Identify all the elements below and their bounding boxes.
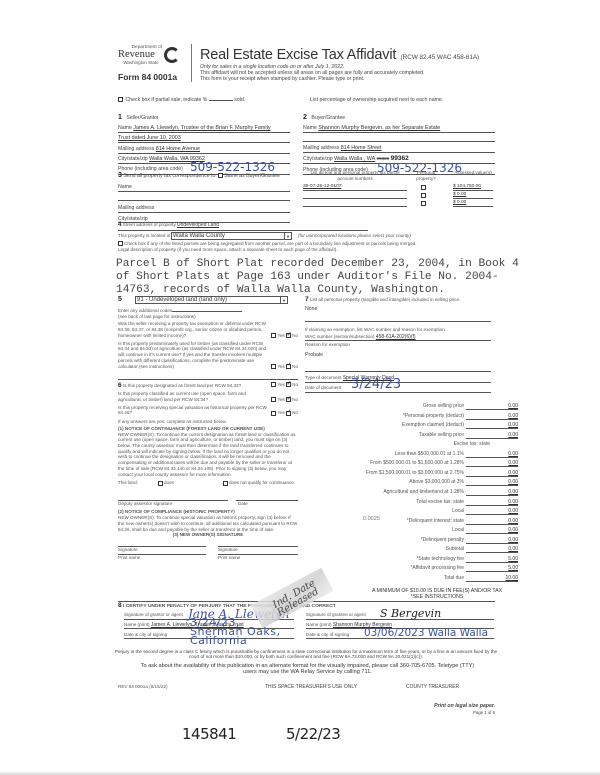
tax-row-value[interactable]: 0.00 [468,518,518,524]
tax-row-value[interactable]: 0.00 [468,479,518,485]
yes-label: Yes [277,333,285,338]
rcw-reference: (RCW 82.45 WAC 458-61A) [401,54,480,61]
perjury-notice: Perjury in the second degree is a class … [112,649,500,659]
q-current-use-yes[interactable] [271,397,276,402]
doc-type-label: Type of document [305,375,342,380]
section8-number: 8 [118,602,122,609]
does-not-qualify-checkbox[interactable] [223,481,228,486]
correspondence-city-label: City/state/zip [118,216,148,222]
seller-section: 1 Seller/Grantor Name James A. Llewelyn,… [118,106,290,175]
new-owner-sig-title: (3) NEW OWNER(S) SIGNATURE [118,532,298,538]
local-rate: 0.0025 [363,516,380,522]
parcels-table: List all real and personal property tax … [303,170,495,208]
no-label: No [292,410,298,415]
seller-city-label: City/state/zip [118,156,148,162]
grantee-signature-field[interactable]: Signature of grantee or agentS Bergevin [306,611,494,620]
tax-row-value[interactable]: 0.00 [468,470,518,476]
tax-row-value[interactable]: 0.00 [468,460,518,466]
grantor-date-value: 3/24/23, Sherman Oaks, California [190,618,290,645]
assessed-value-field[interactable]: $ 0.00 [453,192,493,199]
correspondence-name-field-2[interactable] [118,194,290,201]
grantor-date-label: Date & city of signing [124,632,167,638]
affidavit-page: Department of Revenue Washington State F… [0,0,600,775]
tax-row-value[interactable]: 0.00 [468,432,518,438]
partial-sale-label: Check box if partial sale, indicate % [125,97,207,103]
seller-name-label: Name [118,125,132,131]
form-number: Form 84 0001a [118,72,177,82]
assessor-signature-row: Deputy assessor signature Date [118,500,298,508]
seller-number: 1 [118,114,122,121]
tax-row-label: Total excise tax: state [416,499,464,505]
yes-label: Yes [277,397,285,402]
legal-description[interactable]: Parcel B of Short Plat recorded December… [116,258,536,297]
tax-row-value[interactable]: 5.00 [468,556,518,562]
no-label: No [292,333,298,338]
q-current-use-no[interactable] [286,397,291,402]
tax-row: *Delinquent interest: state0.00 [300,517,600,526]
tax-row-value[interactable]: 0.00 [468,527,518,533]
tax-row-label: Subtotal [446,546,464,552]
grantee-date-field[interactable]: Date & city of signing03/06/2023 Walla W… [306,630,494,639]
tax-row-label: Exemption claimed (deduct) [402,422,464,428]
tax-row: Agricultural and timberland at 1.28%0.00 [300,488,600,497]
personal-property-checkbox[interactable] [421,201,426,206]
parcel-number-field[interactable] [303,192,407,199]
tax-row: Local0.00 [300,526,600,535]
q-current-use-text: Is this property classified as current u… [118,391,246,402]
partial-sale-checkbox[interactable] [118,97,123,102]
form-title-row: Real Estate Excise Tax Affidavit (RCW 82… [200,46,479,64]
q-exemption-no[interactable] [286,333,291,338]
minimum-note-2: *SEE INSTRUCTIONS [352,594,522,600]
qualification-row: This land: does does not qualify for con… [118,480,298,492]
chevron-down-icon: ▼ [284,233,291,240]
wa-logo-icon [164,47,180,63]
grantee-date-value: 03/06/2023 Walla Walla [364,627,488,640]
wac-label: WAC number (section/subsection) [305,334,375,339]
grantee-date-label: Date & city of signing [306,632,349,638]
no-label: No [292,364,298,369]
current-use-question: Is this property classified as current u… [118,391,298,402]
treasurer-use-label: THIS SPACE TREASURER'S USE ONLY [265,684,357,690]
seller-mailing-field[interactable]: Mailing address 814 Home Avenue [118,146,290,154]
tax-row-label: Agricultural and timberland at 1.28% [383,489,464,495]
seller-name-2: Trust dated June 10, 2003 [118,135,181,141]
correspondence-name-field[interactable]: Name [118,184,290,192]
buyer-heading: Buyer/Grantee [311,115,345,121]
handwritten-date: 5/22/23 [286,725,340,743]
personal-property-checkbox[interactable] [421,185,426,190]
section5: 5 91 - Undeveloped land (land only)▼ Ent… [118,296,298,369]
seller-mailing: 814 Home Avenue [156,146,200,152]
buyer-mailing-label: Mailing address [303,145,339,151]
street-field[interactable]: 4 Street address of property Undeveloped… [118,222,368,231]
parcels-col-accounts: List all real and personal property tax … [303,170,407,181]
correspondence-number: 3 [118,172,122,179]
street-value: Undeveloped Land [177,222,219,228]
seller-name-field-2[interactable]: Trust dated June 10, 2003 [118,135,290,143]
property-number: 4 [118,222,121,228]
section6: 6 Is this property designated as forest … [118,382,298,562]
buyer-number: 2 [303,114,307,121]
tax-row: Total excise tax: state0.00 [300,498,600,507]
parcel-row: $ 0.00 [303,192,495,200]
assessed-value-field[interactable]: $ 0.00 [453,200,493,207]
rev-number: REV 84 0001a (8/15/22) [118,684,168,690]
tax-row-label: Above $3,000,000 at 3% [409,479,464,485]
tax-row: Above $3,000,000 at 3%0.00 [300,478,600,487]
assessor-sig-label: Deputy assessor signature [118,501,172,507]
assessed-value-field[interactable]: $ 104,750.00 [453,184,493,191]
tax-row-value[interactable]: 5.00 [468,565,518,571]
wac-value: 458-61A-202(6)(f) [376,334,416,340]
buyer-section: 2 Buyer/Grantee Name Shannon Murphy Berg… [303,106,495,175]
tax-row-value[interactable]: 0.00 [468,451,518,457]
buyer-name-field[interactable]: Name Shannon Murphy Bergevin, as her Sep… [303,125,495,133]
parcels-col-value: Assessed value(s) [451,170,495,176]
partial-sale-percent-field[interactable] [209,100,233,101]
segregated-label: Check box if any of the listed parcels a… [124,241,417,246]
no-label: No [292,382,298,387]
print-name-label-2: Print name [218,555,240,561]
instruction: If any answers are yes, complete as inst… [118,419,298,425]
accessibility-notice: To ask about the availability of this pu… [135,663,480,675]
tax-row-label: Local [452,508,464,514]
segregated-checkbox[interactable] [118,241,123,246]
note-3: This form is your receipt when stamped b… [200,76,490,82]
tax-row: *Affidavit processing fee5.00 [300,564,600,573]
tax-row-label: Less than $500,000.01 at 1.1% [395,451,464,457]
tax-row-label: From $500,000.01 to $1,500,000 at 1.28% [370,460,464,466]
print-note: Print on legal size paper. [430,703,495,709]
notice1-body: NEW OWNER(S): To continue the current de… [118,432,298,478]
q-timber-yes[interactable] [271,364,276,369]
page-number: Page 1 of 6 [430,710,495,715]
tax-row: Less than $500,000.01 at 1.1%0.00 [300,450,600,459]
reason-value[interactable]: Probate [305,352,497,359]
ownership-note: List percentage of ownership acquired ne… [310,97,443,104]
county-treasurer-label: COUNTY TREASURER [406,684,459,690]
buyer-mailing-field[interactable]: Mailing address 814 Home Street [303,145,495,153]
county-select[interactable]: Walla Walla County▼ [171,232,292,240]
personal-property-checkbox[interactable] [421,193,426,198]
parcel-row: $ 0.00 [303,200,495,208]
grantor-sig-label: Signature of grantor or agent [124,612,183,618]
tax-row-label: *Delinquent penalty [421,537,464,543]
tax-row-value[interactable]: 0.00 [468,508,518,514]
tax-row: Excise tax: state [300,440,600,449]
correspondence-mailing-label: Mailing address [118,205,154,211]
tax-row-label: *Personal property (deduct) [403,413,464,419]
assessor-date-label: Date [238,501,248,507]
use-code-value: 91 - Undeveloped land (land only) [137,297,227,303]
seller-name-1: James A. Llewelyn, Trustee of the Brian … [133,125,270,131]
does-not-label: does not qualify for continuance. [229,480,295,485]
street-label: Street address of property [123,222,176,227]
dor-logo: Department of Revenue Washington State [118,45,180,65]
q-exemption-text: Was the seller receiving a property tax … [118,321,266,337]
minimum-note: A MINIMUM OF $10.00 IS DUE IN FEE(S) AND… [352,588,522,600]
parcel-number-field[interactable]: 36-07-28-12-0107 [303,184,407,191]
buyer-name-field-2[interactable] [303,135,495,142]
q-timber-text: Is this property predominately used for … [118,341,266,369]
tax-row-label: Total due [444,575,464,581]
chevron-down-icon: ▼ [280,297,287,304]
signature-label-2: Signature [218,547,238,553]
additional-codes-note: (see back of last page for instructions) [118,314,298,320]
yes-label: Yes [277,410,285,415]
tax-row-value[interactable]: 0.00 [468,403,518,409]
q-forest-no[interactable] [286,382,291,387]
grantor-name-label: Name (print) [124,622,150,627]
tax-row-label: From $1,500,000.01 to $3,000,000 at 2.75… [366,470,464,476]
grantee-sig-label: Signature of grantee or agent [306,612,366,618]
partial-sale-sold-label: sold. [234,97,245,103]
correspondence-name-label: Name [118,184,132,190]
tax-row-value[interactable]: 10.00 [468,575,518,581]
timber-question: Is this property predominately used for … [118,341,298,370]
legal-description-label: Legal description of property (if you ne… [118,247,483,253]
parcel-row: 36-07-28-12-0107$ 104,750.00 [303,184,495,192]
tax-row-label: *Affidavit processing fee [410,565,464,571]
tax-row-value[interactable]: 0.00 [468,489,518,495]
personal-property-label: List all personal property (tangible and… [310,297,460,302]
doc-date-value: 3/24/23 [351,377,401,393]
historic-question: Is this property receiving special valua… [118,405,298,416]
seller-heading: Seller/Grantor [126,115,158,121]
same-as-buyer-label: Same as Buyer/Grantee [224,173,280,179]
handwritten-recording-number: 145841 [182,725,236,743]
county-value: Walla Walla County [173,233,225,239]
tax-row: Taxable selling price0.00 [300,431,600,440]
yes-label: Yes [277,364,285,369]
seller-mailing-label: Mailing address [118,146,154,152]
tax-row: From $500,000.01 to $1,500,000 at 1.28%0… [300,459,600,468]
tax-row: Gross selling price0.00 [300,402,600,411]
doc-date-label: Date of document [305,385,341,391]
tax-row: *State technology fee5.00 [300,555,600,564]
does-label: does [164,480,174,485]
seller-name-field[interactable]: Name James A. Llewelyn, Trustee of the B… [118,125,290,133]
tax-row: From $1,500,000.01 to $3,000,000 at 2.75… [300,469,600,478]
grantee-block: Signature of grantee or agentS Bergevin … [306,611,494,639]
q-timber-no[interactable] [286,364,291,369]
section6-number: 6 [118,382,122,389]
tax-row: Total due10.00 [300,574,600,583]
print-name-label-1: Print name [118,555,140,561]
forest-question: 6 Is this property designated as forest … [118,382,298,390]
county-label: This property is located in [118,233,170,239]
tax-row-label: Taxable selling price [419,432,464,438]
county-note: (for unincorporated locations please sel… [298,233,411,239]
wac-field[interactable]: WAC number (section/subsection) 458-61A-… [305,334,491,341]
tax-row-label: Local [452,527,464,533]
scan-edge [0,771,600,775]
this-land-label: This land: [118,480,138,486]
tax-row-value[interactable]: 0.00 [468,413,518,419]
buyer-name-label: Name [303,125,317,131]
partial-sale: Check box if partial sale, indicate % so… [118,97,245,104]
form-title: Real Estate Excise Tax Affidavit [200,47,396,63]
notice2-body: NEW OWNER(S): To continue special valuat… [118,515,298,532]
header-divider [191,44,192,82]
tax-row-label: Gross selling price [423,403,464,409]
exemption-label: If claiming an exemption, list WAC numbe… [305,327,497,333]
q-forest-text: Is this property designated as forest la… [123,383,241,388]
tax-row-label: *Delinquent interest: state [407,518,464,524]
tax-row: Local0.00 [300,507,600,516]
additional-codes-label: Enter any additional codes [118,308,172,313]
does-qualify-checkbox[interactable] [158,481,163,486]
exemption-question: Was the seller receiving a property tax … [118,321,298,338]
yes-label: Yes [277,382,285,387]
tax-row: Subtotal0.00 [300,545,600,554]
tax-row: *Delinquent penalty0.00 [300,536,600,545]
q-exemption-answer: Yes No [271,333,298,339]
section5-number: 5 [118,296,122,303]
reason-label: Reason for exemption [305,342,497,348]
correspondence-heading: Send all property tax correspondence to: [123,173,216,179]
tax-row-value[interactable]: 0.00 [468,546,518,552]
parcels-col-personal: Personal property? [411,170,441,181]
same-as-buyer-checkbox[interactable] [218,173,223,178]
buyer-name: Shannon Murphy Bergevin, as her Separate… [318,125,440,131]
section7: 7 List all personal property (tangible a… [305,296,497,393]
q-historic-yes[interactable] [271,411,276,416]
buyer-city: Walla Walla , WA [334,156,375,162]
owner-signature-rows: Signature Signature Print name Print nam… [118,546,298,562]
section7-number: 7 [305,296,309,303]
tax-row: *Personal property (deduct)0.00 [300,412,600,421]
header-notes: Only for sales in a single location code… [200,64,490,82]
correspondence-section: 3 Send all property tax correspondence t… [118,171,290,223]
tax-row-label: *State technology fee [416,556,464,562]
grantee-name-label: Name (print) [306,622,332,627]
buyer-city-label: City/state/zip [303,156,333,162]
personal-property-value[interactable]: None [305,306,497,313]
q-historic-text: Is this property receiving special valua… [118,405,267,416]
q-forest-yes[interactable] [271,382,276,387]
parcel-number-field[interactable] [303,200,407,207]
tax-row: Exemption claimed (deduct)0.00 [300,421,600,430]
q-historic-no[interactable] [286,411,291,416]
no-label: No [292,397,298,402]
correspondence-mailing-field[interactable]: Mailing address [118,205,290,213]
buyer-mailing: 814 Home Street [341,145,382,151]
grantee-signature: S Bergevin [380,607,441,621]
tax-row-value[interactable]: 0.00 [468,422,518,428]
q-exemption-yes[interactable] [271,333,276,338]
tax-row-value[interactable]: 0.00 [468,537,518,543]
doc-date-field[interactable]: Date of document3/24/23 [305,384,491,393]
section-divider [118,379,298,380]
tax-row-label: Excise tax: state [454,441,490,447]
signature-label-1: Signature [118,547,138,553]
q-timber-answer: Yes No [271,364,298,370]
tax-row-value[interactable]: 0.00 [468,499,518,505]
use-code-select[interactable]: 91 - Undeveloped land (land only)▼ [135,296,288,304]
property-section: 4 Street address of property Undeveloped… [118,222,483,253]
